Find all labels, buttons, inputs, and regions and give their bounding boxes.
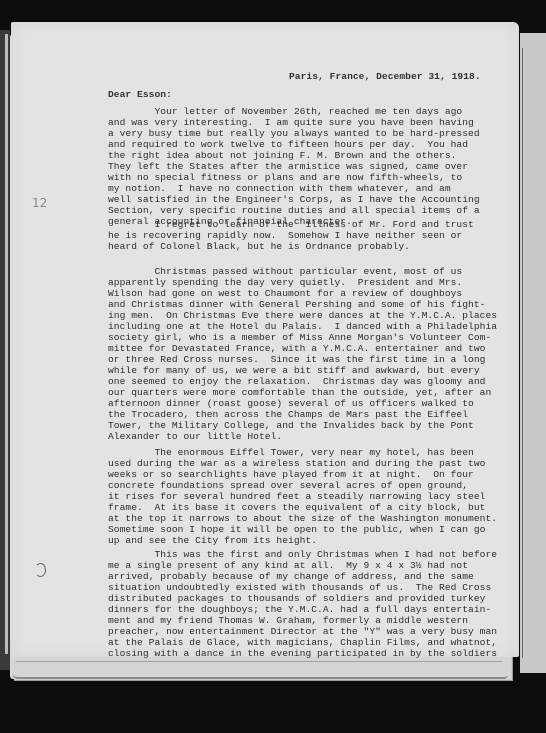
paragraph-3: Christmas passed without particular even… <box>108 266 518 442</box>
text-line: ing men. On Christmas Eve there were dan… <box>108 310 518 321</box>
salutation: Dear Esson: <box>108 89 172 100</box>
paragraph-1: Your letter of November 26th, reached me… <box>108 106 518 227</box>
text-line: frame. At its base it covers the equival… <box>108 502 518 513</box>
text-line: and was very interesting. I am quite sur… <box>108 117 518 128</box>
text-line: at the Palais de Glace, with magicians, … <box>108 637 518 648</box>
paragraph-4: The enormous Eiffel Tower, very near my … <box>108 447 518 546</box>
text-line: up and see the City from its height. <box>108 535 518 546</box>
text-line: and required to work twelve to fifteen h… <box>108 139 518 150</box>
text-line: The enormous Eiffel Tower, very near my … <box>108 447 518 458</box>
text-line: Tower, the Military College, and the Inv… <box>108 420 518 431</box>
text-line: situation undoubtedly existed with thous… <box>108 582 518 593</box>
paragraph-2: I regret to learn of the illness of Mr. … <box>108 219 518 252</box>
right-page-edge <box>520 33 546 673</box>
text-line: heard of Colonel Black, but he is Ordnan… <box>108 241 518 252</box>
text-line: including one at the Hotel du Palais. I … <box>108 321 518 332</box>
dateline: Paris, France, December 31, 1918. <box>289 71 481 82</box>
letter-body: Paris, France, December 31, 1918. Dear E… <box>11 22 519 657</box>
text-line: at the top it narrows to about the size … <box>108 513 518 524</box>
text-line: he is recovering rapidly now. Somehow I … <box>108 230 518 241</box>
text-line: apparently spending the day very quietly… <box>108 277 518 288</box>
text-line: preacher, now entertainment Director at … <box>108 626 518 637</box>
text-line: used during the war as a wireless statio… <box>108 458 518 469</box>
text-line: the Trocadero, then across the Champs de… <box>108 409 518 420</box>
text-line: Wilson had gone on west to Chaumont for … <box>108 288 518 299</box>
text-line: Your letter of November 26th, reached me… <box>108 106 518 117</box>
text-line: it rises for several hundred feet a stea… <box>108 491 518 502</box>
left-page-edge-inner <box>5 34 8 654</box>
text-line: the right idea about not joining F. M. B… <box>108 150 518 161</box>
text-line: concrete foundations spread over several… <box>108 480 518 491</box>
text-line: Sometime soon I hope it will be open to … <box>108 524 518 535</box>
text-line: with no special fitness or plans and are… <box>108 172 518 183</box>
scanned-document: 12 Paris, France, December 31, 1918. Dea… <box>0 0 546 733</box>
paragraph-5: This was the first and only Christmas wh… <box>108 549 518 659</box>
text-line: weeks or so searchlights have played fro… <box>108 469 518 480</box>
text-line: one seemed to enjoy the relaxation. Chri… <box>108 376 518 387</box>
text-line: and Christmas dinner with General Pershi… <box>108 299 518 310</box>
text-line: while for many of us, we were a bit stif… <box>108 365 518 376</box>
text-line: I regret to learn of the illness of Mr. … <box>108 219 518 230</box>
text-line: a very busy time but really you always w… <box>108 128 518 139</box>
text-line: afternoon dinner (roast goose) several o… <box>108 398 518 409</box>
text-line: our quarters were more comfortable than … <box>108 387 518 398</box>
text-line: my notion. I have no connection with the… <box>108 183 518 194</box>
text-line: distributed packages to thousands of sol… <box>108 593 518 604</box>
text-line: dinners for the doughboys; the Y.M.C.A. … <box>108 604 518 615</box>
text-line: Section, very specific routine duties an… <box>108 205 518 216</box>
text-line: well satisfied in the Engineer's Corps, … <box>108 194 518 205</box>
text-line: Alexander to our little Hotel. <box>108 431 518 442</box>
text-line: ment and my friend Thomas W. Graham, for… <box>108 615 518 626</box>
text-line: or three Red Cross nurses. Since it was … <box>108 354 518 365</box>
text-line: me a single present of any kind at all. … <box>108 560 518 571</box>
letter-page: 12 Paris, France, December 31, 1918. Dea… <box>11 22 519 657</box>
text-line: society girl, who is a member of Miss An… <box>108 332 518 343</box>
text-line: arrived, probably because of my change o… <box>108 571 518 582</box>
text-line: mittee for Devastated France, with a Y.M… <box>108 343 518 354</box>
text-line: Christmas passed without particular even… <box>108 266 518 277</box>
right-edge-line <box>522 48 523 658</box>
text-line: closing with a dance in the evening part… <box>108 648 518 659</box>
text-line: This was the first and only Christmas wh… <box>108 549 518 560</box>
text-line: They left the States after the armistice… <box>108 161 518 172</box>
